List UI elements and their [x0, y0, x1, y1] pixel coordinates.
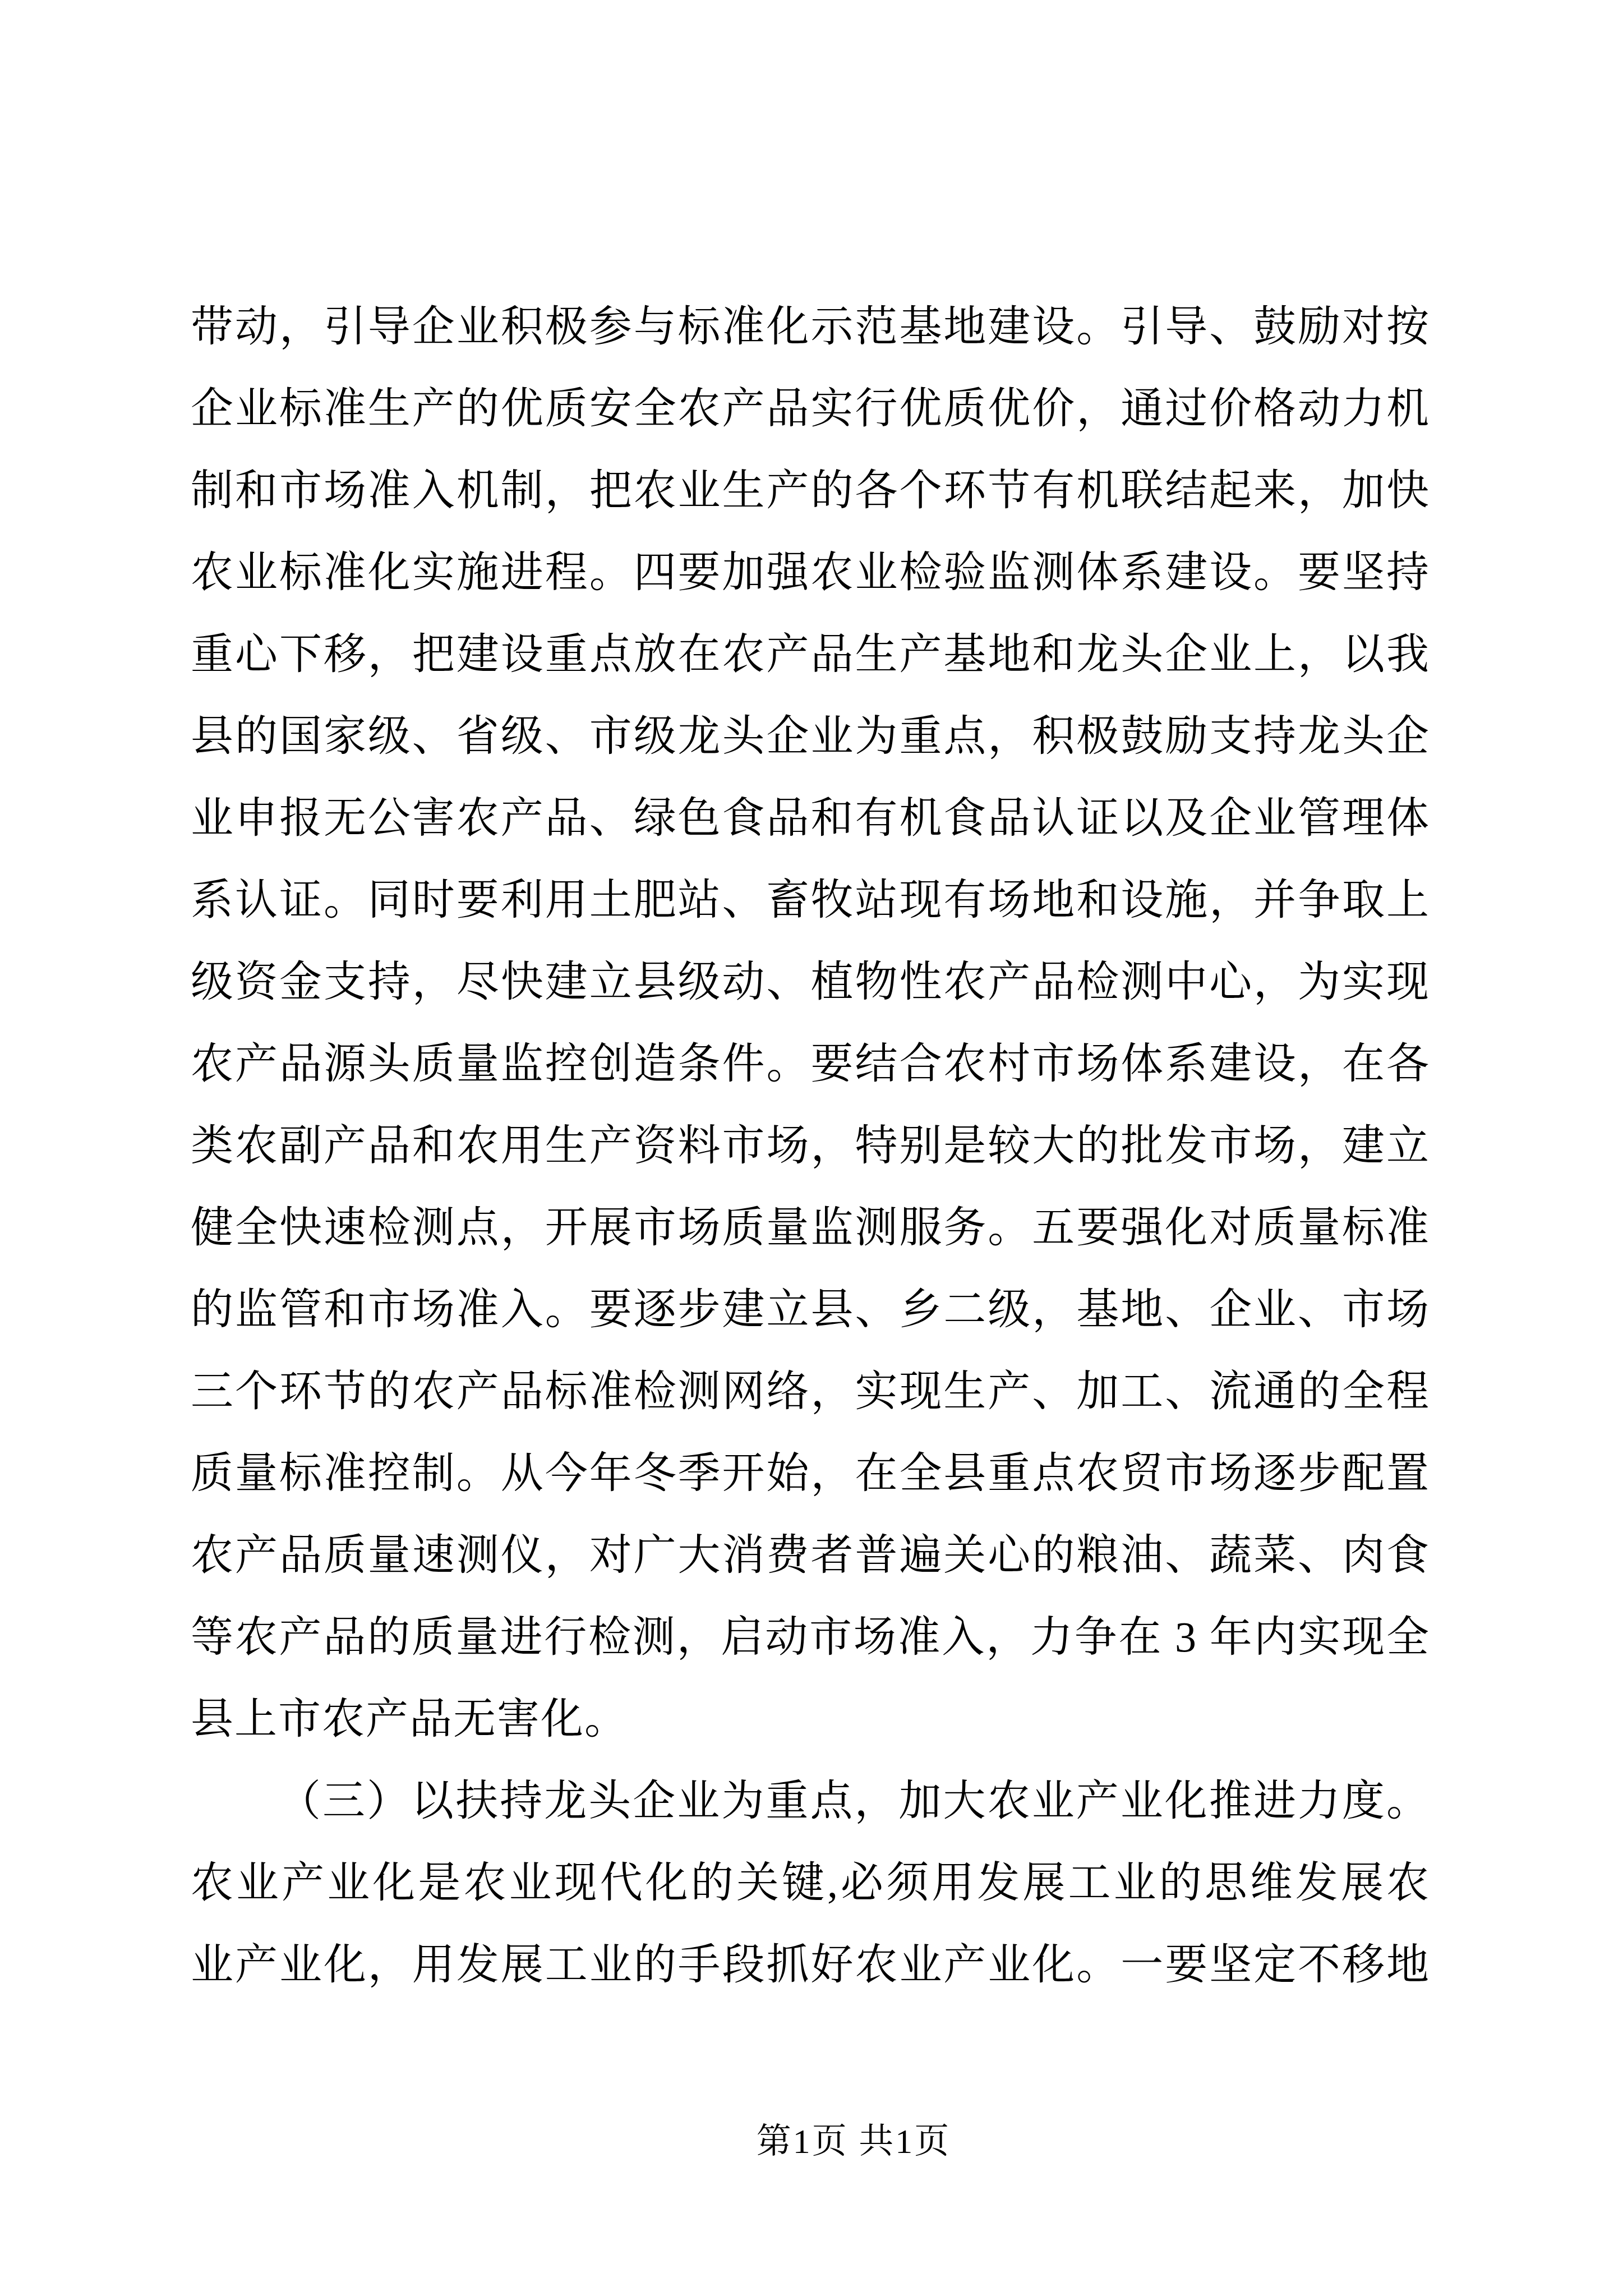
text-line: 三个环节的农产品标准检测网络，实现生产、加工、流通的全程: [191, 1351, 1430, 1433]
text-line: （三）以扶持龙头企业为重点，加大农业产业化推进力度。: [191, 1760, 1430, 1842]
text-line: 农业标准化实施进程。四要加强农业检验监测体系建设。要坚持: [191, 532, 1430, 614]
text-line: 企业标准生产的优质安全农产品实行优质优价，通过价格动力机: [191, 368, 1430, 450]
text-line: 的监管和市场准入。要逐步建立县、乡二级，基地、企业、市场: [191, 1269, 1430, 1351]
text-line: 县的国家级、省级、市级龙头企业为重点，积极鼓励支持龙头企: [191, 696, 1430, 777]
text-line: 重心下移，把建设重点放在农产品生产基地和龙头企业上，以我: [191, 614, 1430, 696]
text-line: 类农副产品和农用生产资料市场，特别是较大的批发市场，建立: [191, 1105, 1430, 1187]
document-page: 带动，引导企业积极参与标准化示范基地建设。引导、鼓励对按企业标准生产的优质安全农…: [0, 0, 1623, 2296]
text-line: 农产品源头质量监控创造条件。要结合农村市场体系建设，在各: [191, 1023, 1430, 1105]
text-line: 等农产品的质量进行检测，启动市场准入，力争在 3 年内实现全: [191, 1596, 1430, 1678]
text-line: 系认证。同时要利用土肥站、畜牧站现有场地和设施，并争取上: [191, 859, 1430, 941]
text-line: 农产品质量速测仪，对广大消费者普遍关心的粮油、蔬菜、肉食: [191, 1515, 1430, 1596]
page-footer: 第1页 共1页: [0, 2122, 1623, 2162]
text-line: 带动，引导企业积极参与标准化示范基地建设。引导、鼓励对按: [191, 286, 1430, 368]
text-line: 农业产业化是农业现代化的关键,必须用发展工业的思维发展农: [191, 1842, 1430, 1924]
page-number-label: 第1页 共1页: [757, 2123, 951, 2161]
text-line: 健全快速检测点，开展市场质量监测服务。五要强化对质量标准: [191, 1187, 1430, 1269]
text-line: 县上市农产品无害化。: [191, 1678, 1430, 1760]
document-body: 带动，引导企业积极参与标准化示范基地建设。引导、鼓励对按企业标准生产的优质安全农…: [191, 286, 1430, 2006]
text-line: 业申报无公害农产品、绿色食品和有机食品认证以及企业管理体: [191, 777, 1430, 859]
text-line: 质量标准控制。从今年冬季开始，在全县重点农贸市场逐步配置: [191, 1433, 1430, 1515]
text-line: 制和市场准入机制，把农业生产的各个环节有机联结起来，加快: [191, 450, 1430, 532]
text-line: 业产业化，用发展工业的手段抓好农业产业化。一要坚定不移地: [191, 1924, 1430, 2006]
text-line: 级资金支持，尽快建立县级动、植物性农产品检测中心，为实现: [191, 941, 1430, 1023]
